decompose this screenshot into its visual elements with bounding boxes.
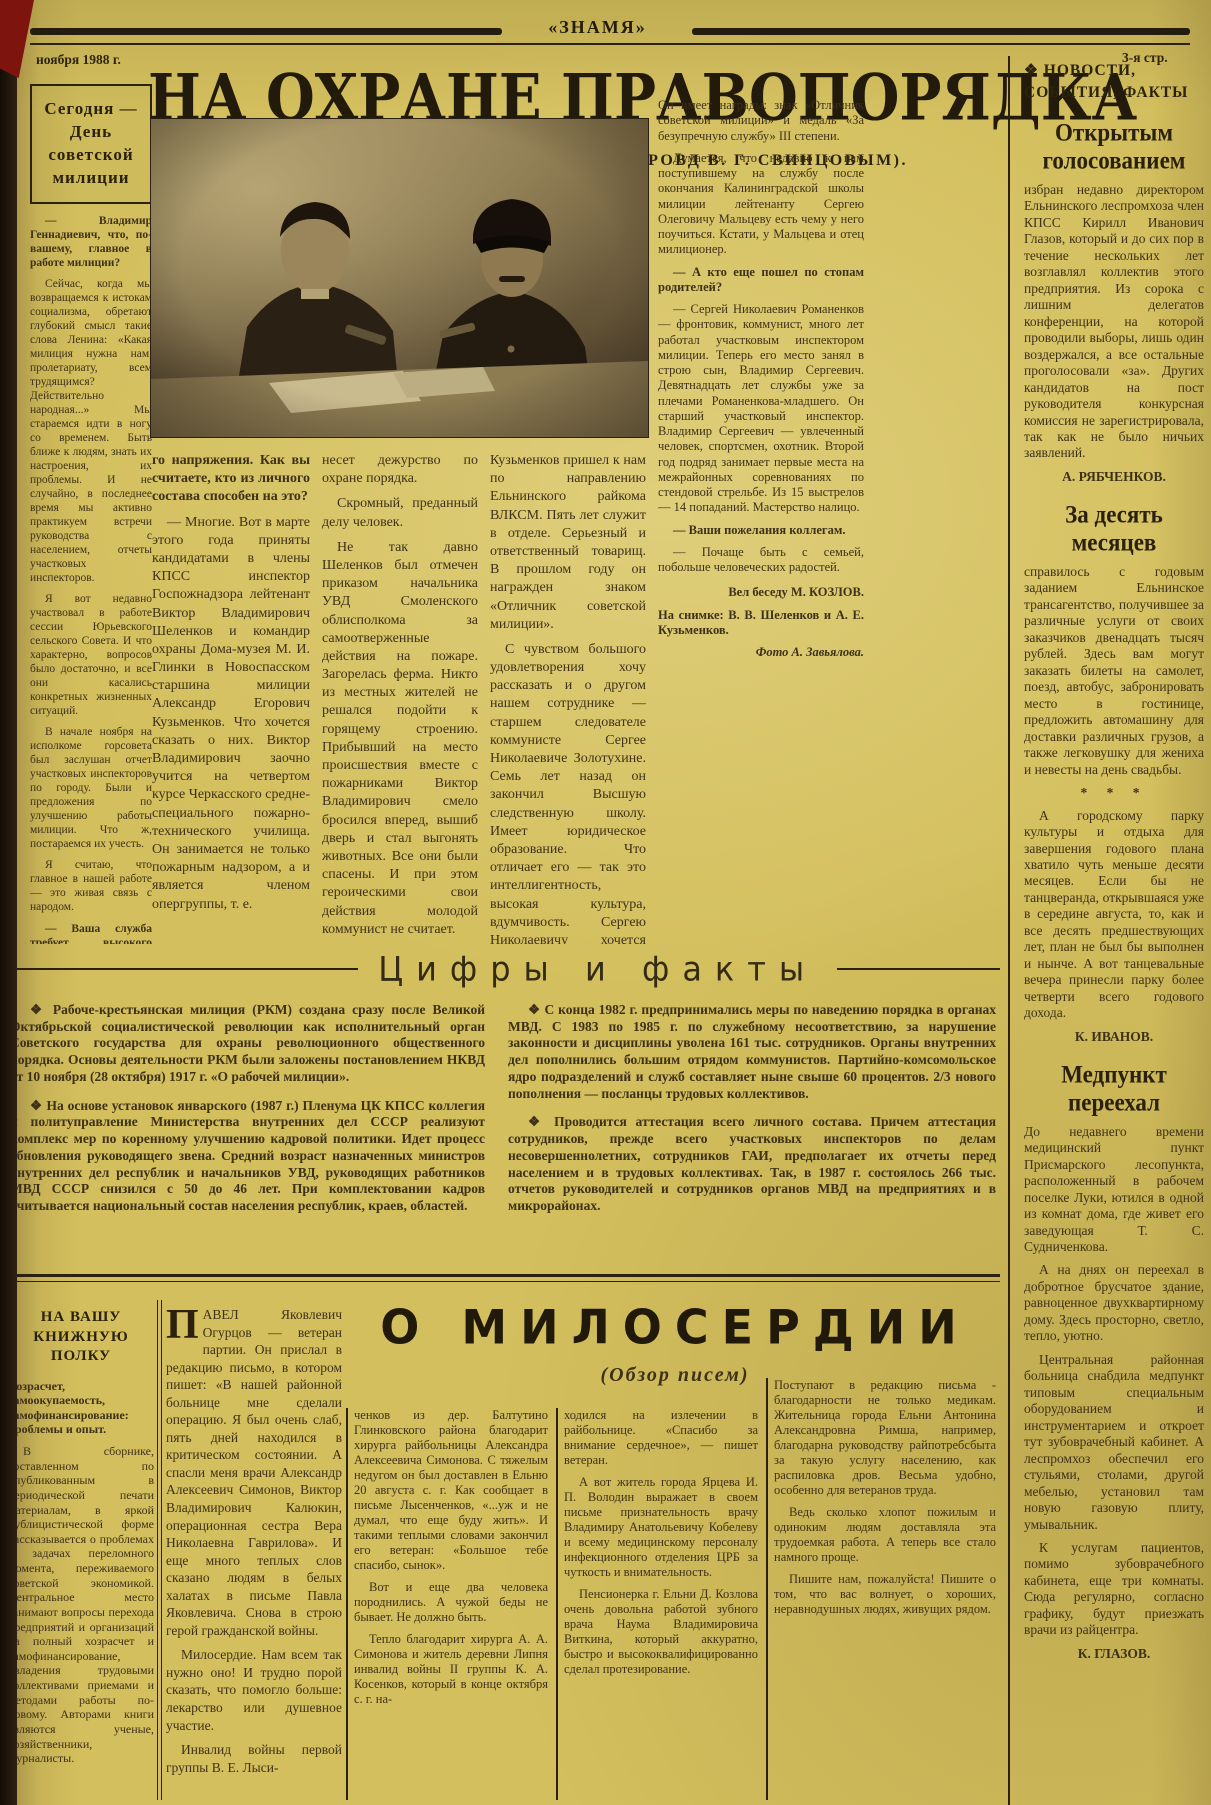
- rail-article-heading: Медпункт переехал: [1024, 1060, 1204, 1117]
- question-continued: го напряжения. Как вы считаете, кто из л…: [152, 452, 310, 507]
- letter-paragraph: ченков из дер. Балтутино Глинковского ра…: [354, 1408, 548, 1573]
- rail-article-medpoint: Медпункт переехал До недавнего времени м…: [1024, 1063, 1204, 1662]
- masthead-rule-left: [30, 28, 502, 35]
- rail-signature: К. ИВАНОВ.: [1024, 1029, 1204, 1045]
- fact-item: ❖ На основе установок январского (1987 г…: [10, 1098, 485, 1215]
- diamond-icon: ❖: [30, 1098, 43, 1113]
- mercy-header: О МИЛОСЕРДИИ (Обзор писем): [352, 1300, 998, 1387]
- sidebar-paragraph: Сейчас, когда мы возвращаемся к истокам …: [30, 277, 152, 585]
- rail-paragraph: К услугам пациентов, помимо зубоврачебно…: [1024, 1540, 1204, 1639]
- interview-question: — Ваши пожелания коллегам.: [658, 523, 864, 538]
- rail-signature: К. ГЛАЗОВ.: [1024, 1646, 1204, 1662]
- byline: Вел беседу М. КОЗЛОВ.: [658, 585, 864, 600]
- article-paragraph: Не так давно Шеленков был отмечен приказ…: [322, 539, 478, 939]
- interview-column-2: несет дежурство по охране порядка. Скром…: [322, 452, 478, 944]
- rule-segment: [0, 968, 358, 970]
- letter-paragraph: Поступают в редакцию письма - благодарно…: [774, 1378, 996, 1498]
- article-paragraph: Кузьменков пришел к нам по направлению Е…: [490, 452, 646, 634]
- rail-paragraph: справилось с годовым заданием Ельнинское…: [1024, 564, 1204, 778]
- interview-column-4: Он имеет награды: знак «Отличник советск…: [658, 98, 864, 950]
- article-paragraph: Думается, что недавно к нам поступившему…: [658, 151, 864, 258]
- issue-date: ноября 1988 г.: [36, 52, 121, 68]
- rule-segment: [837, 968, 1000, 970]
- sidebar-paragraph-bold: — Ваша служба требует высокого душевно-: [30, 922, 152, 945]
- facts-column-right: ❖ С конца 1982 г. предпринимались меры п…: [508, 1002, 996, 1264]
- sidebar-paragraph: Я считаю, что главное в нашей работе — э…: [30, 858, 152, 914]
- mercy-column-3: ходился на излечении в райбольнице. «Спа…: [564, 1408, 758, 1800]
- letter-paragraph: Пенсионерка г. Ельни Д. Козлова очень до…: [564, 1587, 758, 1677]
- letter-paragraph: Ведь сколько хлопот пожилым и одиноким л…: [774, 1505, 996, 1565]
- drop-cap: П: [166, 1306, 203, 1343]
- masthead-thin-rule: [30, 43, 1190, 45]
- rail-paragraph: До недавнего времени медицинский пункт П…: [1024, 1124, 1204, 1256]
- article-paragraph: несет дежурство по охране порядка.: [322, 452, 478, 488]
- rail-article-heading: Открытым голосованием: [1024, 118, 1204, 175]
- newspaper-title: «ЗНАМЯ»: [505, 17, 690, 38]
- sidebar-column: Сегодня — День советской милиции — Влади…: [30, 84, 152, 944]
- rail-paragraph: Центральная районная больница снабдила м…: [1024, 1352, 1204, 1533]
- column-divider: [157, 1300, 162, 1800]
- rail-kicker: ❖ НОВОСТИ, СОБЫТИЯ, ФАКТЫ: [1024, 60, 1204, 103]
- bookshelf-column: НА ВАШУ КНИЖНУЮ ПОЛКУ Хозрасчет, самооку…: [8, 1308, 154, 1800]
- facts-column-left: ❖ Рабоче-крестьянская милиция (РКМ) созд…: [10, 1002, 485, 1264]
- sidebar-paragraph: В начале ноября на исполкоме горсовета б…: [30, 725, 152, 851]
- photo-credit: Фото А. Завьялова.: [658, 645, 864, 660]
- column-divider: [346, 1408, 348, 1800]
- sidebar-paragraph: Я вот недавно участвовал в работе сессии…: [30, 592, 152, 718]
- militia-day-title: Сегодня — День советской милиции: [38, 98, 144, 190]
- rail-article-ten-months: За десять месяцев справилось с годовым з…: [1024, 503, 1204, 1045]
- column-divider: [766, 1378, 768, 1800]
- book-spine-edge: [0, 0, 17, 1805]
- section-divider-double-rule: [0, 1274, 1000, 1282]
- stars-separator: * * *: [1024, 785, 1204, 801]
- book-cover-corner: [0, 0, 34, 78]
- mercy-column-1: ПАВЕЛ Яковлевич Огурцов — ветеран партии…: [166, 1306, 342, 1800]
- letter-paragraph: ПАВЕЛ Яковлевич Огурцов — ветеран партии…: [166, 1306, 342, 1639]
- news-rail: ❖ НОВОСТИ, СОБЫТИЯ, ФАКТЫ Открытым голос…: [1024, 60, 1204, 1798]
- diamond-icon: ❖: [30, 1002, 46, 1017]
- column-divider: [556, 1408, 558, 1800]
- fact-item: ❖ Рабоче-крестьянская милиция (РКМ) созд…: [10, 1002, 485, 1086]
- interview-photo: [150, 118, 649, 438]
- militia-day-box: Сегодня — День советской милиции: [30, 84, 152, 204]
- article-paragraph: — Многие. Вот в марте этого года приняты…: [152, 514, 310, 914]
- masthead-rule-right: [692, 28, 1190, 35]
- book-annotation: В сборнике, составленном по опубликованн…: [8, 1444, 154, 1766]
- book-title: Хозрасчет, самоокупаемость, самофинансир…: [8, 1379, 154, 1438]
- fact-item: ❖ С конца 1982 г. предпринимались меры п…: [508, 1002, 996, 1102]
- interview-question: — Владимир Геннадиевич, что, по-вашему, …: [30, 214, 152, 270]
- rail-signature: А. РЯБЧЕНКОВ.: [1024, 469, 1204, 485]
- article-paragraph: Скромный, преданный делу человек.: [322, 495, 478, 531]
- letter-paragraph: Милосердие. Нам всем так нужно оно! И тр…: [166, 1646, 342, 1734]
- letter-paragraph: Инвалид войны первой группы В. Е. Лыси-: [166, 1741, 342, 1776]
- letter-paragraph: ходился на излечении в райбольнице. «Спа…: [564, 1408, 758, 1468]
- rail-paragraph: А на днях он переехал в добротное брусча…: [1024, 1262, 1204, 1344]
- article-paragraph: Он имеет награды: знак «Отличник советск…: [658, 98, 864, 144]
- article-paragraph: — Сергей Николаевич Романенков — фронтов…: [658, 302, 864, 516]
- mercy-column-4: Поступают в редакцию письма - благодарно…: [774, 1378, 996, 1800]
- officers-photo-illustration: [151, 119, 648, 437]
- photo-caption: На снимке: В. В. Шеленков и А. Е. Кузьме…: [658, 608, 864, 639]
- diamond-icon: ❖: [528, 1002, 541, 1017]
- interview-column-1: го напряжения. Как вы считаете, кто из л…: [152, 452, 310, 944]
- article-paragraph: — Почаще быть с семьей, побольше человеч…: [658, 545, 864, 576]
- rail-divider-rule: [1008, 56, 1010, 1805]
- letter-paragraph: А вот житель города Ярцева И. П. Володин…: [564, 1475, 758, 1580]
- letter-paragraph: Тепло благодарит хирурга А. А. Симонова …: [354, 1632, 548, 1707]
- article-paragraph: С чувством большого удовлетворения хочу …: [490, 641, 646, 944]
- facts-section-header: Цифры и факты: [0, 950, 1000, 988]
- letter-paragraph: Вот и еще два человека породнились. А чу…: [354, 1580, 548, 1625]
- rail-paragraph: А городскому парку культуры и отдыха для…: [1024, 808, 1204, 1022]
- mercy-column-2: ченков из дер. Балтутино Глинковского ра…: [354, 1408, 548, 1800]
- rail-article-open-vote: Открытым голосованием избран недавно дир…: [1024, 121, 1204, 485]
- newspaper-page: «ЗНАМЯ» ноября 1988 г. 3-я стр. НА ОХРАН…: [0, 0, 1211, 1805]
- diamond-icon: ❖: [528, 1114, 545, 1129]
- rail-paragraph: избран недавно директором Ельнинского ле…: [1024, 182, 1204, 462]
- letter-paragraph: Пишите нам, пожалуйста! Пишите о том, чт…: [774, 1572, 996, 1617]
- bookshelf-header: НА ВАШУ КНИЖНУЮ ПОЛКУ: [8, 1308, 154, 1367]
- facts-title: Цифры и факты: [378, 949, 817, 989]
- rail-article-heading: За десять месяцев: [1024, 500, 1204, 557]
- mercy-title: О МИЛОСЕРДИИ: [352, 1299, 998, 1354]
- fact-item: ❖ Проводится аттестация всего личного со…: [508, 1114, 996, 1214]
- diamond-icon: ❖: [1024, 62, 1039, 79]
- interview-column-3: Кузьменков пришел к нам по направлению Е…: [490, 452, 646, 944]
- interview-question: — А кто еще пошел по стопам родителей?: [658, 265, 864, 296]
